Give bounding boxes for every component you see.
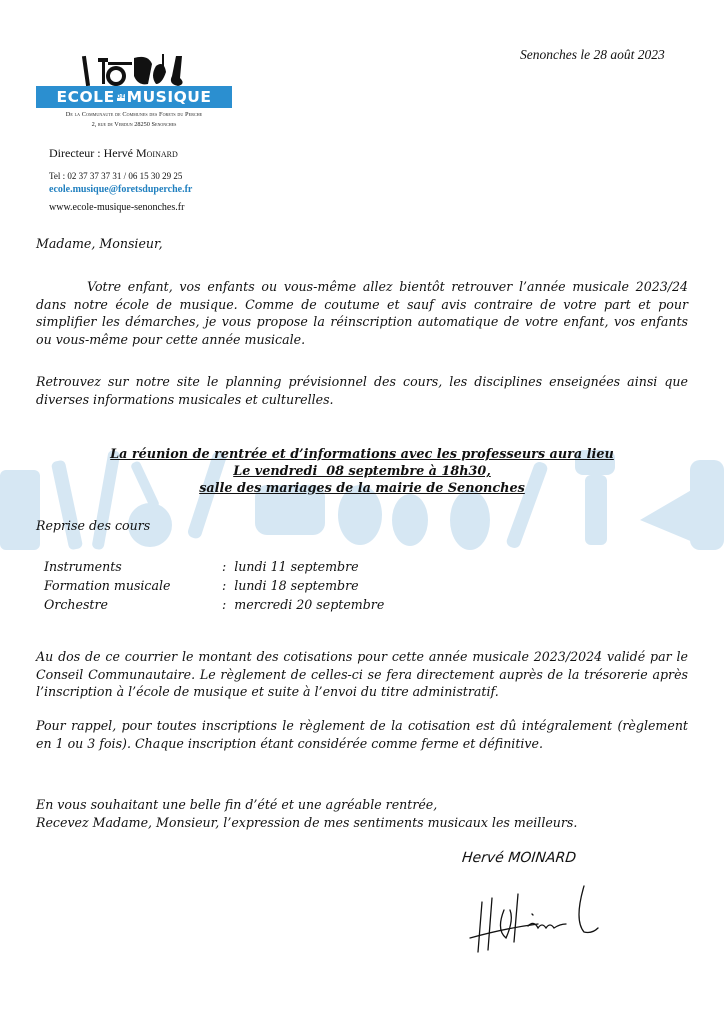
logo-text-musique: MUSIQUE xyxy=(127,88,212,106)
schedule-row: Formation musicale : lundi 18 septembre xyxy=(44,576,384,595)
director-name: Moinard xyxy=(136,146,178,160)
director-label: Directeur : Hervé xyxy=(49,146,136,160)
logo-banner: ECOLEDEMUSIQUE xyxy=(36,86,232,108)
schedule-row: Instruments : lundi 11 septembre xyxy=(44,557,384,576)
schedule-row: Orchestre : mercredi 20 septembre xyxy=(44,595,384,614)
paragraph-website-info: Retrouvez sur notre site le planning pré… xyxy=(36,373,688,408)
letter-date: Senonches le 28 août 2023 xyxy=(520,47,665,63)
logo-text-ecole: ECOLE xyxy=(57,88,115,106)
signatory-name: Hervé MOINARD xyxy=(461,850,577,866)
schedule-list: Instruments : lundi 11 septembre Formati… xyxy=(44,557,384,614)
logo-text-de: DE xyxy=(117,94,125,101)
logo-address: 2, rue de Verdun 28250 Senonches xyxy=(36,121,232,128)
phone-numbers: Tel : 02 37 37 37 31 / 06 15 30 29 25 xyxy=(49,171,182,181)
paragraph-cotisations: Au dos de ce courrier le montant des cot… xyxy=(36,648,688,701)
closing-line-2: Recevez Madame, Monsieur, l’expression d… xyxy=(36,814,577,832)
schedule-title: Reprise des cours xyxy=(36,518,150,533)
logo-subtitle: De la Communaute de Communes des Forets … xyxy=(36,111,232,118)
school-logo: ECOLEDEMUSIQUE De la Communaute de Commu… xyxy=(36,52,232,128)
email-link[interactable]: ecole.musique@foretsduperche.fr xyxy=(49,184,192,195)
schedule-label: Orchestre xyxy=(44,595,222,614)
salutation: Madame, Monsieur, xyxy=(36,236,163,251)
handwritten-signature xyxy=(466,880,606,960)
closing-line-1: En vous souhaitant une belle fin d’été e… xyxy=(36,796,577,814)
schedule-date: : lundi 18 septembre xyxy=(222,576,359,595)
announcement-line: La réunion de rentrée et d’informations … xyxy=(36,446,688,463)
schedule-date: : lundi 11 septembre xyxy=(222,557,359,576)
instruments-logo-icon xyxy=(36,52,232,86)
announcement-line: salle des mariages de la mairie de Senon… xyxy=(36,480,688,497)
director-line: Directeur : Hervé Moinard xyxy=(49,146,178,161)
paragraph-reinscription: Votre enfant, vos enfants ou vous-même a… xyxy=(36,278,688,348)
website-link[interactable]: www.ecole-musique-senonches.fr xyxy=(49,202,184,213)
paragraph-reglement: Pour rappel, pour toutes inscriptions le… xyxy=(36,717,688,752)
schedule-label: Formation musicale xyxy=(44,576,222,595)
schedule-date: : mercredi 20 septembre xyxy=(222,595,384,614)
meeting-announcement: La réunion de rentrée et d’informations … xyxy=(36,446,688,497)
announcement-line: Le vendredi 08 septembre à 18h30, xyxy=(36,463,688,480)
closing: En vous souhaitant une belle fin d’été e… xyxy=(36,796,577,831)
schedule-label: Instruments xyxy=(44,557,222,576)
